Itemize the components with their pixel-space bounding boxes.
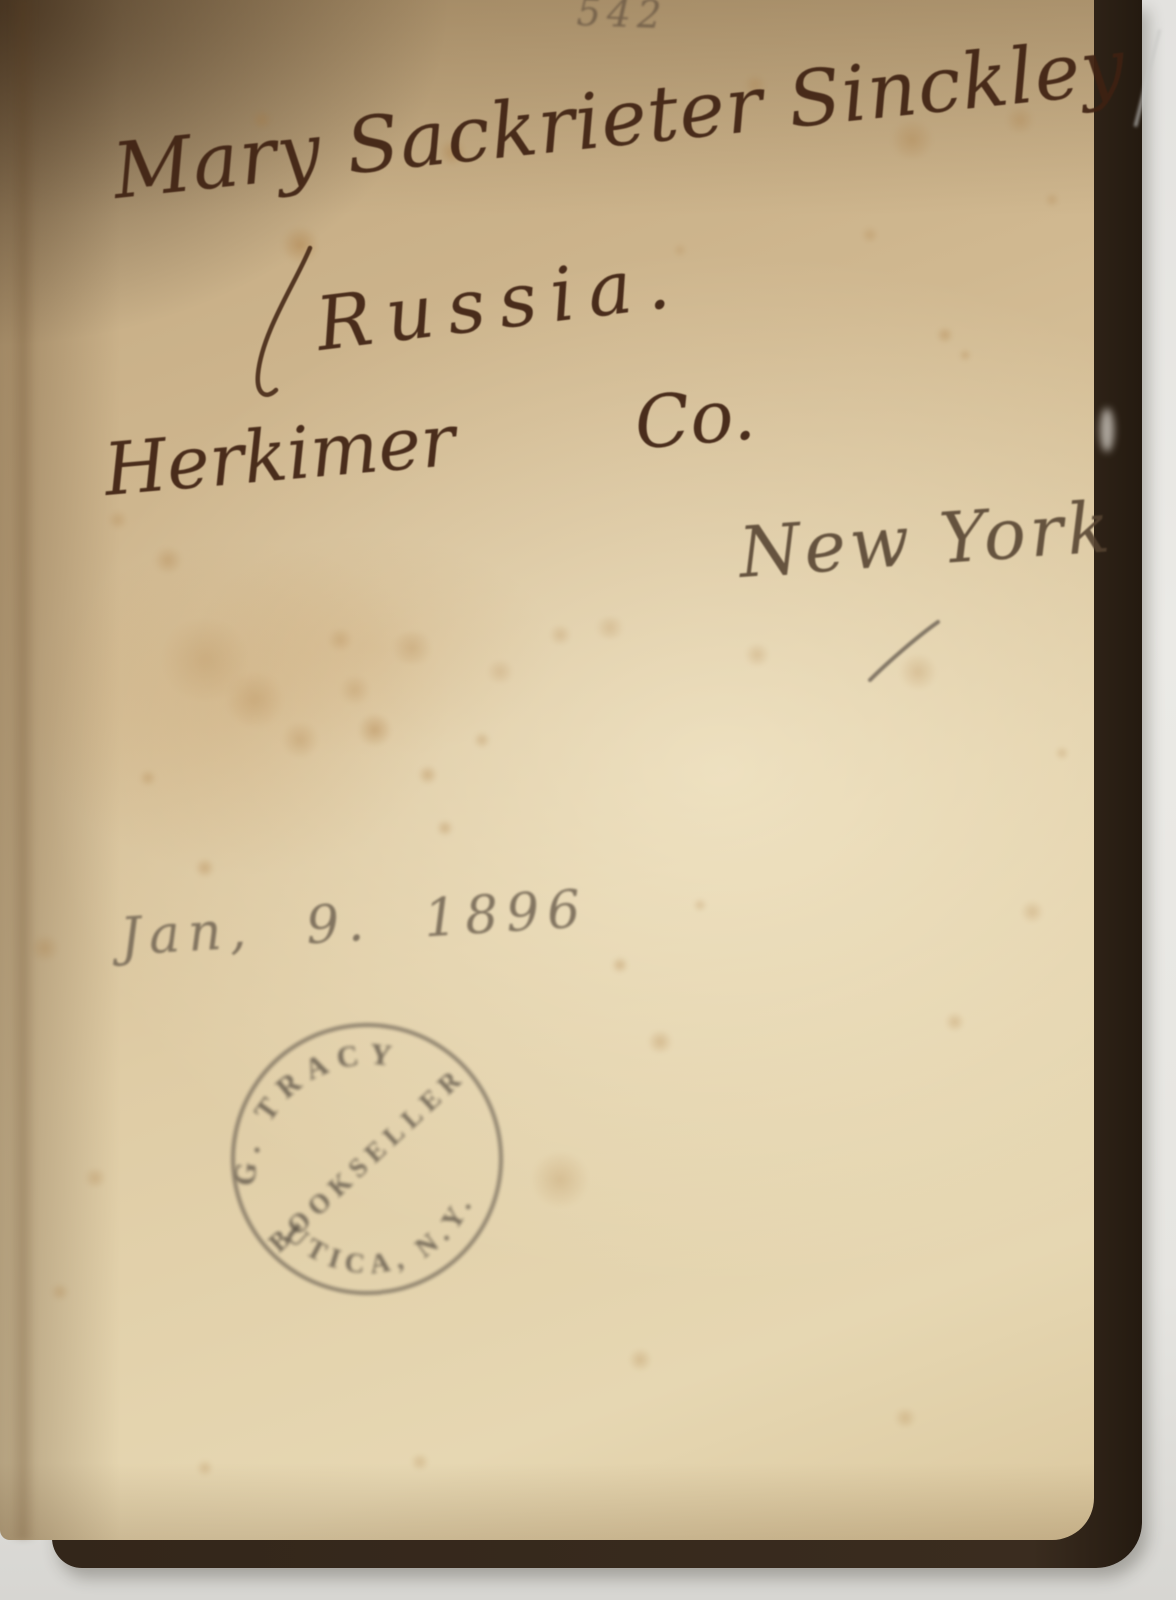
fiber-mark	[858, 618, 944, 688]
bookseller-stamp: G. TRACY UTICA, N.Y. BOOKSELLER	[204, 996, 531, 1323]
cover-speck	[1100, 408, 1114, 452]
gutter-shadow	[10, 0, 36, 1540]
endpaper-page	[0, 0, 1094, 1540]
book-endpaper-photo: 542 Mary Sackrieter Sinckley Russia. Her…	[0, 0, 1176, 1600]
pencil-shelf-number: 542	[576, 0, 668, 37]
